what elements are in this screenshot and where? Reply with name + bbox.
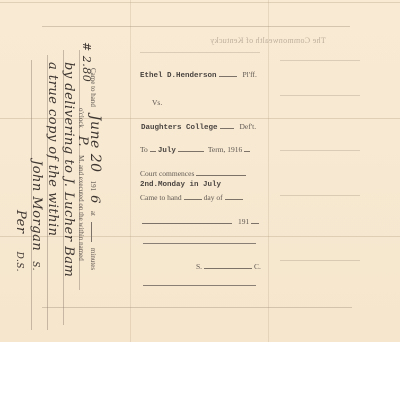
- blank-line: [178, 151, 204, 152]
- signature-rule: [143, 243, 256, 244]
- blank-line: [204, 268, 252, 269]
- date-row: 191: [140, 217, 261, 226]
- term-row: To July Term, 1916: [140, 145, 252, 155]
- blank-line: [219, 76, 237, 77]
- blank-line: [150, 151, 156, 152]
- came-to-hand-label: Came to hand: [140, 193, 182, 202]
- blank-line: [220, 128, 234, 129]
- signature-rule: [143, 285, 256, 286]
- blank-line: [196, 175, 246, 176]
- year-label: 191: [238, 217, 249, 226]
- came-to-hand-row: Came to hand day of: [140, 193, 245, 202]
- summons-form: Ethel D.Henderson Pl'ff. Vs. Daughters C…: [0, 0, 400, 342]
- court-commences-label: Court commences: [140, 169, 194, 178]
- sheriff-prefix: S.: [196, 262, 202, 271]
- court-commences-value-row: 2nd.Monday in July: [140, 181, 221, 189]
- versus-row: Vs.: [152, 98, 162, 107]
- court-commences-value: 2nd.Monday in July: [140, 181, 221, 189]
- versus-label: Vs.: [152, 98, 162, 107]
- defendant-name: Daughters College: [141, 124, 218, 132]
- blank-line: [251, 223, 259, 224]
- term-month: July: [158, 147, 176, 155]
- sheriff-row: S. C.: [196, 262, 261, 271]
- to-label: To: [140, 145, 148, 154]
- plaintiff-label: Pl'ff.: [243, 70, 257, 79]
- blank-line: [244, 151, 250, 152]
- day-of-label: day of: [204, 193, 223, 202]
- term-label: Term, 1916: [208, 145, 242, 154]
- defendant-row: Daughters College Def't.: [141, 122, 256, 132]
- court-commences-row: Court commences: [140, 169, 248, 178]
- blank-line: [225, 199, 243, 200]
- blank-line: [142, 223, 232, 224]
- defendant-label: Def't.: [240, 122, 257, 131]
- sheriff-suffix: C.: [254, 262, 261, 271]
- plaintiff-name: Ethel D.Henderson: [140, 72, 217, 80]
- blank-line: [184, 199, 202, 200]
- plaintiff-row: Ethel D.Henderson Pl'ff.: [140, 70, 257, 80]
